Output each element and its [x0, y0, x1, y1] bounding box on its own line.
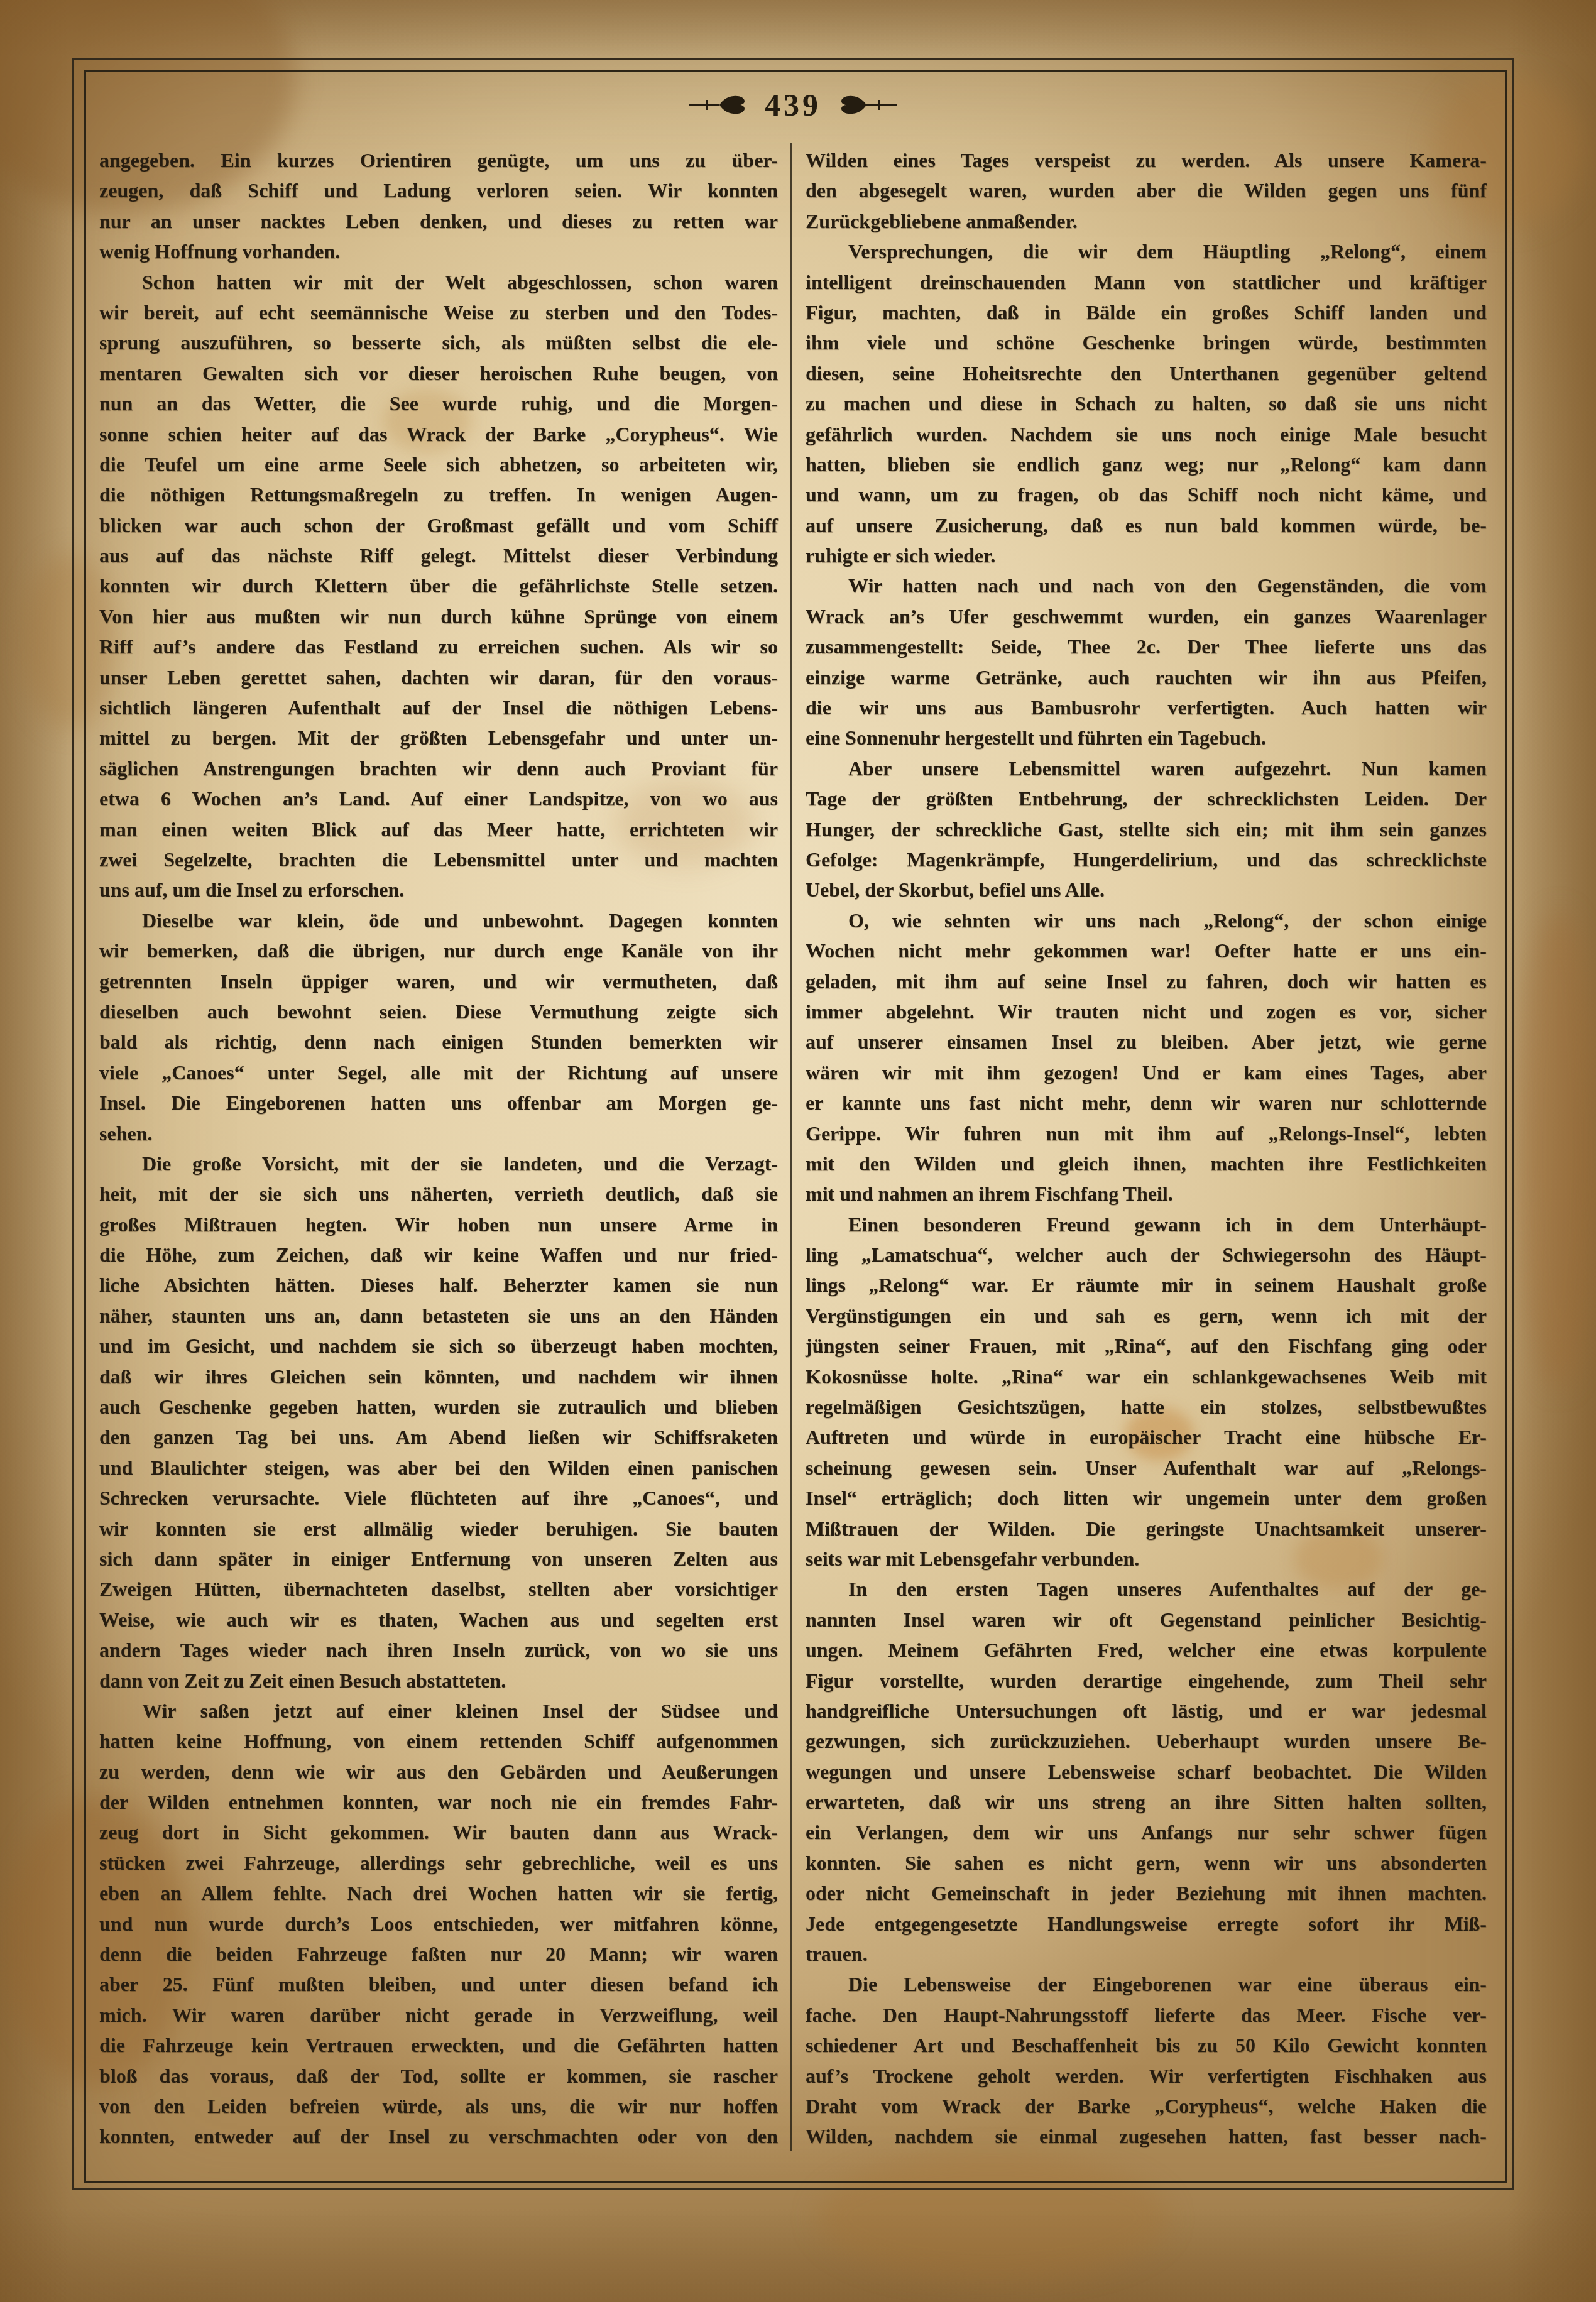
text-line: wenig Hoffnung vorhanden.	[99, 236, 778, 266]
text-line: auf unserer einsamen Insel zu bleiben. A…	[806, 1027, 1487, 1057]
text-line: hatten, blieben sie endlich ganz weg; nu…	[806, 449, 1487, 479]
text-line: zusammengestellt: Seide, Thee 2c. Der Th…	[806, 631, 1487, 662]
paragraph: Wilden eines Tages verspeist zu werden. …	[806, 145, 1487, 236]
text-line: etwa 6 Wochen an’s Land. Auf einer Lands…	[99, 783, 778, 814]
text-line: Dieselbe war klein, öde und unbewohnt. D…	[99, 905, 778, 936]
text-line: bald als richtig, denn nach einigen Stun…	[99, 1027, 778, 1057]
paragraph: Wir saßen jetzt auf einer kleinen Insel …	[99, 1696, 778, 2152]
paragraph: Wir hatten nach und nach von den Gegenst…	[806, 570, 1487, 753]
text-column-right: Wilden eines Tages verspeist zu werden. …	[806, 145, 1487, 2152]
text-line: regelmäßigen Gesichtszügen, hatte ein st…	[806, 1392, 1487, 1422]
text-line: auch Geschenke gegeben hatten, wurden si…	[99, 1392, 778, 1422]
fleuron-right-icon	[838, 91, 898, 119]
paragraph: Die Lebensweise der Eingeborenen war ein…	[806, 1969, 1487, 2151]
text-line: sich dann später in einiger Entfernung v…	[99, 1544, 778, 1574]
text-line: Wir saßen jetzt auf einer kleinen Insel …	[99, 1696, 778, 1726]
page-header: 439	[84, 87, 1502, 123]
paper-edge-shadow	[0, 0, 1596, 57]
text-line: Zurückgebliebene anmaßender.	[806, 206, 1487, 236]
text-line: sonne schien heiter auf das Wrack der Ba…	[99, 419, 778, 449]
text-line: liche Absichten hätten. Dieses half. Beh…	[99, 1270, 778, 1300]
text-line: und nun wurde durch’s Loos entschieden, …	[99, 1909, 778, 1939]
text-line: mittel zu bergen. Mit der größten Lebens…	[99, 723, 778, 753]
text-line: ihm viele und schöne Geschenke bringen w…	[806, 327, 1487, 357]
text-line: wir konnten sie erst allmälig wieder ber…	[99, 1514, 778, 1544]
text-line: nun an das Wetter, die See wurde ruhig, …	[99, 388, 778, 418]
text-line: zwei Segelzelte, brachten die Lebensmitt…	[99, 844, 778, 875]
text-line: Einen besonderen Freund gewann ich in de…	[806, 1209, 1487, 1240]
text-line: Mißtrauen der Wilden. Die geringste Unac…	[806, 1514, 1487, 1544]
paper-edge-shadow	[0, 0, 69, 2302]
text-line: diesen, seine Hoheitsrechte den Untertha…	[806, 358, 1487, 388]
text-line: fache. Den Haupt-Nahrungsstoff lieferte …	[806, 2000, 1487, 2030]
paragraph: Einen besonderen Freund gewann ich in de…	[806, 1209, 1487, 1574]
text-line: Tage der größten Entbehrung, der schreck…	[806, 783, 1487, 814]
text-line: sprung auszuführen, so besserte sich, al…	[99, 327, 778, 357]
text-line: zeugen, daß Schiff und Ladung verloren s…	[99, 175, 778, 205]
text-line: bloß das voraus, daß der Tod, sollte er …	[99, 2061, 778, 2091]
scanned-book-page: { "page": { "number": "439", "ornaments"…	[0, 0, 1596, 2302]
paper-edge-shadow	[1508, 0, 1596, 2302]
text-line: wir bereit, auf echt seemännische Weise …	[99, 297, 778, 327]
text-line: seits war mit Lebensgefahr verbunden.	[806, 1544, 1487, 1574]
text-line: intelligent dreinschauenden Mann von sta…	[806, 267, 1487, 297]
text-line: die wir uns aus Bambusrohr verfertigten.…	[806, 692, 1487, 723]
text-line: denn die beiden Fahrzeuge faßten nur 20 …	[99, 1939, 778, 1969]
text-line: Figur, machten, daß in Bälde ein großes …	[806, 297, 1487, 327]
text-line: die nöthigen Rettungsmaßregeln zu treffe…	[99, 479, 778, 510]
text-line: Weise, wie auch wir es thaten, Wachen au…	[99, 1605, 778, 1635]
text-line: sichtlich längeren Aufenthalt auf der In…	[99, 692, 778, 723]
text-line: aus auf das nächste Riff gelegt. Mittels…	[99, 540, 778, 570]
text-line: stücken zwei Fahrzeuge, allerdings sehr …	[99, 1848, 778, 1878]
text-line: dann von Zeit zu Zeit einen Besuch absta…	[99, 1666, 778, 1696]
text-line: unser Leben gerettet sahen, dachten wir …	[99, 662, 778, 692]
text-line: getrennten Inseln üppiger waren, und wir…	[99, 966, 778, 996]
text-line: lings „Relong“ war. Er räumte mir in sei…	[806, 1270, 1487, 1300]
text-line: Die große Vorsicht, mit der sie landeten…	[99, 1148, 778, 1179]
text-line: handgreifliche Untersuchungen oft lästig…	[806, 1696, 1487, 1726]
page-number: 439	[765, 87, 821, 123]
text-line: O, wie sehnten wir uns nach „Relong“, de…	[806, 905, 1487, 936]
paper-stain	[1517, 911, 1596, 1388]
text-line: andern Tages wieder nach ihren Inseln zu…	[99, 1635, 778, 1665]
paper-edge-shadow	[0, 2208, 1596, 2302]
text-line: Wir hatten nach und nach von den Gegenst…	[806, 570, 1487, 601]
text-line: Insel“ erträglich; doch litten wir ungem…	[806, 1483, 1487, 1513]
text-line: die Fahrzeuge kein Vertrauen erweckten, …	[99, 2030, 778, 2060]
text-column-left: angegeben. Ein kurzes Orientiren genügte…	[99, 145, 778, 2152]
text-line: Aber unsere Lebensmittel waren aufgezehr…	[806, 753, 1487, 783]
text-line: uns auf, um die Insel zu erforschen.	[99, 875, 778, 905]
text-line: die Teufel um eine arme Seele sich abhet…	[99, 449, 778, 479]
text-line: Versprechungen, die wir dem Häuptling „R…	[806, 236, 1487, 266]
text-line: Kokosnüsse holte. „Rina“ war ein schlank…	[806, 1361, 1487, 1392]
text-line: scheinung gewesen sein. Unser Aufenthalt…	[806, 1453, 1487, 1483]
text-line: Riff auf’s andere das Festland zu erreic…	[99, 631, 778, 662]
text-line: Die Lebensweise der Eingeborenen war ein…	[806, 1969, 1487, 1999]
text-line: daß wir ihres Gleichen sein könnten, und…	[99, 1361, 778, 1392]
text-line: er kannte uns fast nicht mehr, denn wir …	[806, 1088, 1487, 1118]
text-line: Zweigen Hütten, übernachteten daselbst, …	[99, 1574, 778, 1604]
text-line: zu werden, denn wie wir aus den Gebärden…	[99, 1757, 778, 1787]
paragraph: angegeben. Ein kurzes Orientiren genügte…	[99, 145, 778, 267]
text-line: Draht vom Wrack der Barke „Corypheus“, w…	[806, 2091, 1487, 2121]
text-line: Gerippe. Wir fuhren nun mit ihm auf „Rel…	[806, 1118, 1487, 1148]
text-line: konnten. Sie sahen es nicht gern, wenn w…	[806, 1848, 1487, 1878]
text-line: wir bemerken, daß die übrigen, nur durch…	[99, 936, 778, 966]
text-line: einzige warme Getränke, auch rauchten wi…	[806, 662, 1487, 692]
text-line: dieselben auch bewohnt seien. Diese Verm…	[99, 996, 778, 1027]
text-line: hatten keine Hoffnung, von einem rettend…	[99, 1726, 778, 1756]
text-line: viele „Canoes“ unter Segel, alle mit der…	[99, 1057, 778, 1088]
text-line: Hunger, der schreckliche Gast, stellte s…	[806, 814, 1487, 844]
text-line: schiedener Art und Beschaffenheit bis zu…	[806, 2030, 1487, 2060]
text-line: aber 25. Fünf mußten bleiben, und unter …	[99, 1969, 778, 1999]
text-line: immer abgelehnt. Wir trauten nicht und z…	[806, 996, 1487, 1027]
text-line: den abgesegelt waren, wurden aber die Wi…	[806, 175, 1487, 205]
text-line: ungen. Meinem Gefährten Fred, welcher ei…	[806, 1635, 1487, 1665]
text-line: und im Gesicht, und nachdem sie sich so …	[99, 1331, 778, 1361]
text-line: mentaren Gewalten sich vor dieser herois…	[99, 358, 778, 388]
text-line: jüngsten seiner Frauen, mit „Rina“, auf …	[806, 1331, 1487, 1361]
text-line: eine Sonnenuhr hergestellt und führten e…	[806, 723, 1487, 753]
text-line: konnten, entweder auf der Insel zu versc…	[99, 2121, 778, 2151]
text-line: Wrack an’s Ufer geschwemmt wurden, ein g…	[806, 601, 1487, 631]
text-line: Insel. Die Eingeborenen hatten uns offen…	[99, 1088, 778, 1118]
text-line: Schrecken verursachte. Viele flüchteten …	[99, 1483, 778, 1513]
text-line: Jede entgegengesetzte Handlungsweise err…	[806, 1909, 1487, 1939]
text-line: sehen.	[99, 1118, 778, 1148]
paper-stain	[817, 2155, 1169, 2281]
column-divider-rule	[790, 143, 792, 2151]
text-line: wegungen und unsere Lebensweise scharf b…	[806, 1757, 1487, 1787]
text-line: näher, staunten uns an, dann betasteten …	[99, 1301, 778, 1331]
text-line: ruhigte er sich wieder.	[806, 540, 1487, 570]
text-line: Wilden, nachdem sie einmal zugesehen hat…	[806, 2121, 1487, 2151]
text-line: die Höhe, zum Zeichen, daß wir keine Waf…	[99, 1240, 778, 1270]
text-line: oder nicht Gemeinschaft in jeder Beziehu…	[806, 1878, 1487, 1908]
text-line: gefährlich wurden. Nachdem sie uns noch …	[806, 419, 1487, 449]
text-line: den ganzen Tag bei uns. Am Abend ließen …	[99, 1422, 778, 1452]
paragraph: O, wie sehnten wir uns nach „Relong“, de…	[806, 905, 1487, 1209]
text-line: säglichen Anstrengungen brachten wir den…	[99, 753, 778, 783]
text-line: Wilden eines Tages verspeist zu werden. …	[806, 145, 1487, 175]
text-line: konnten wir durch Klettern über die gefä…	[99, 570, 778, 601]
text-line: der Wilden entnehmen konnten, war noch n…	[99, 1787, 778, 1817]
text-line: und wann, um zu fragen, ob das Schiff no…	[806, 479, 1487, 510]
text-line: trauen.	[806, 1939, 1487, 1969]
text-line: ling „Lamatschua“, welcher auch der Schw…	[806, 1240, 1487, 1270]
text-line: von den Leiden befreien würde, als uns, …	[99, 2091, 778, 2121]
text-line: mit den Wilden und gleich ihnen, machten…	[806, 1148, 1487, 1179]
fleuron-left-icon	[688, 91, 748, 119]
text-line: zeug dort in Sicht gekommen. Wir bauten …	[99, 1817, 778, 1847]
text-line: In den ersten Tagen unseres Aufenthaltes…	[806, 1574, 1487, 1604]
text-line: Figur vorstellte, wurden derartige einge…	[806, 1666, 1487, 1696]
text-line: Wochen nicht mehr gekommen war! Oefter h…	[806, 936, 1487, 966]
text-line: auf unsere Zusicherung, daß es nun bald …	[806, 510, 1487, 540]
paragraph: Die große Vorsicht, mit der sie landeten…	[99, 1148, 778, 1696]
text-line: angegeben. Ein kurzes Orientiren genügte…	[99, 145, 778, 175]
text-line: Auftreten und würde in europäischer Trac…	[806, 1422, 1487, 1452]
text-line: eben an Allem fehlte. Nach drei Wochen h…	[99, 1878, 778, 1908]
paragraph: Schon hatten wir mit der Welt abgeschlos…	[99, 267, 778, 905]
text-line: gezwungen, sich zurückzuziehen. Ueberhau…	[806, 1726, 1487, 1756]
paragraph: Aber unsere Lebensmittel waren aufgezehr…	[806, 753, 1487, 905]
text-line: geladen, mit ihm auf seine Insel zu fahr…	[806, 966, 1487, 996]
text-line: auf’s Trockene geholt werden. Wir verfer…	[806, 2061, 1487, 2091]
text-line: Vergünstigungen ein und sah es gern, wen…	[806, 1301, 1487, 1331]
text-line: Schon hatten wir mit der Welt abgeschlos…	[99, 267, 778, 297]
text-line: ein Verlangen, dem wir uns Anfangs nur s…	[806, 1817, 1487, 1847]
text-line: mich. Wir waren darüber nicht gerade in …	[99, 2000, 778, 2030]
text-line: nannten Insel waren wir oft Gegenstand p…	[806, 1605, 1487, 1635]
text-line: blicken war auch schon der Großmast gefä…	[99, 510, 778, 540]
text-line: großes Mißtrauen hegten. Wir hoben nun u…	[99, 1209, 778, 1240]
text-line: nur an unser nacktes Leben denken, und d…	[99, 206, 778, 236]
text-line: Uebel, der Skorbut, befiel uns Alle.	[806, 875, 1487, 905]
text-line: und Blaulichter steigen, was aber bei de…	[99, 1453, 778, 1483]
text-line: Von hier aus mußten wir nun durch kühne …	[99, 601, 778, 631]
paragraph: In den ersten Tagen unseres Aufenthaltes…	[806, 1574, 1487, 1969]
text-line: wären wir mit ihm gezogen! Und er kam ei…	[806, 1057, 1487, 1088]
text-line: Gefolge: Magenkrämpfe, Hungerdelirium, u…	[806, 844, 1487, 875]
paragraph: Dieselbe war klein, öde und unbewohnt. D…	[99, 905, 778, 1148]
paragraph: Versprechungen, die wir dem Häuptling „R…	[806, 236, 1487, 570]
text-line: zu machen und diese in Schach zu halten,…	[806, 388, 1487, 418]
text-line: man einen weiten Blick auf das Meer hatt…	[99, 814, 778, 844]
text-line: mit und nahmen an ihrem Fischfang Theil.	[806, 1179, 1487, 1209]
text-line: erwarteten, daß wir uns streng an ihre S…	[806, 1787, 1487, 1817]
text-line: heit, mit der sie sich uns näherten, ver…	[99, 1179, 778, 1209]
